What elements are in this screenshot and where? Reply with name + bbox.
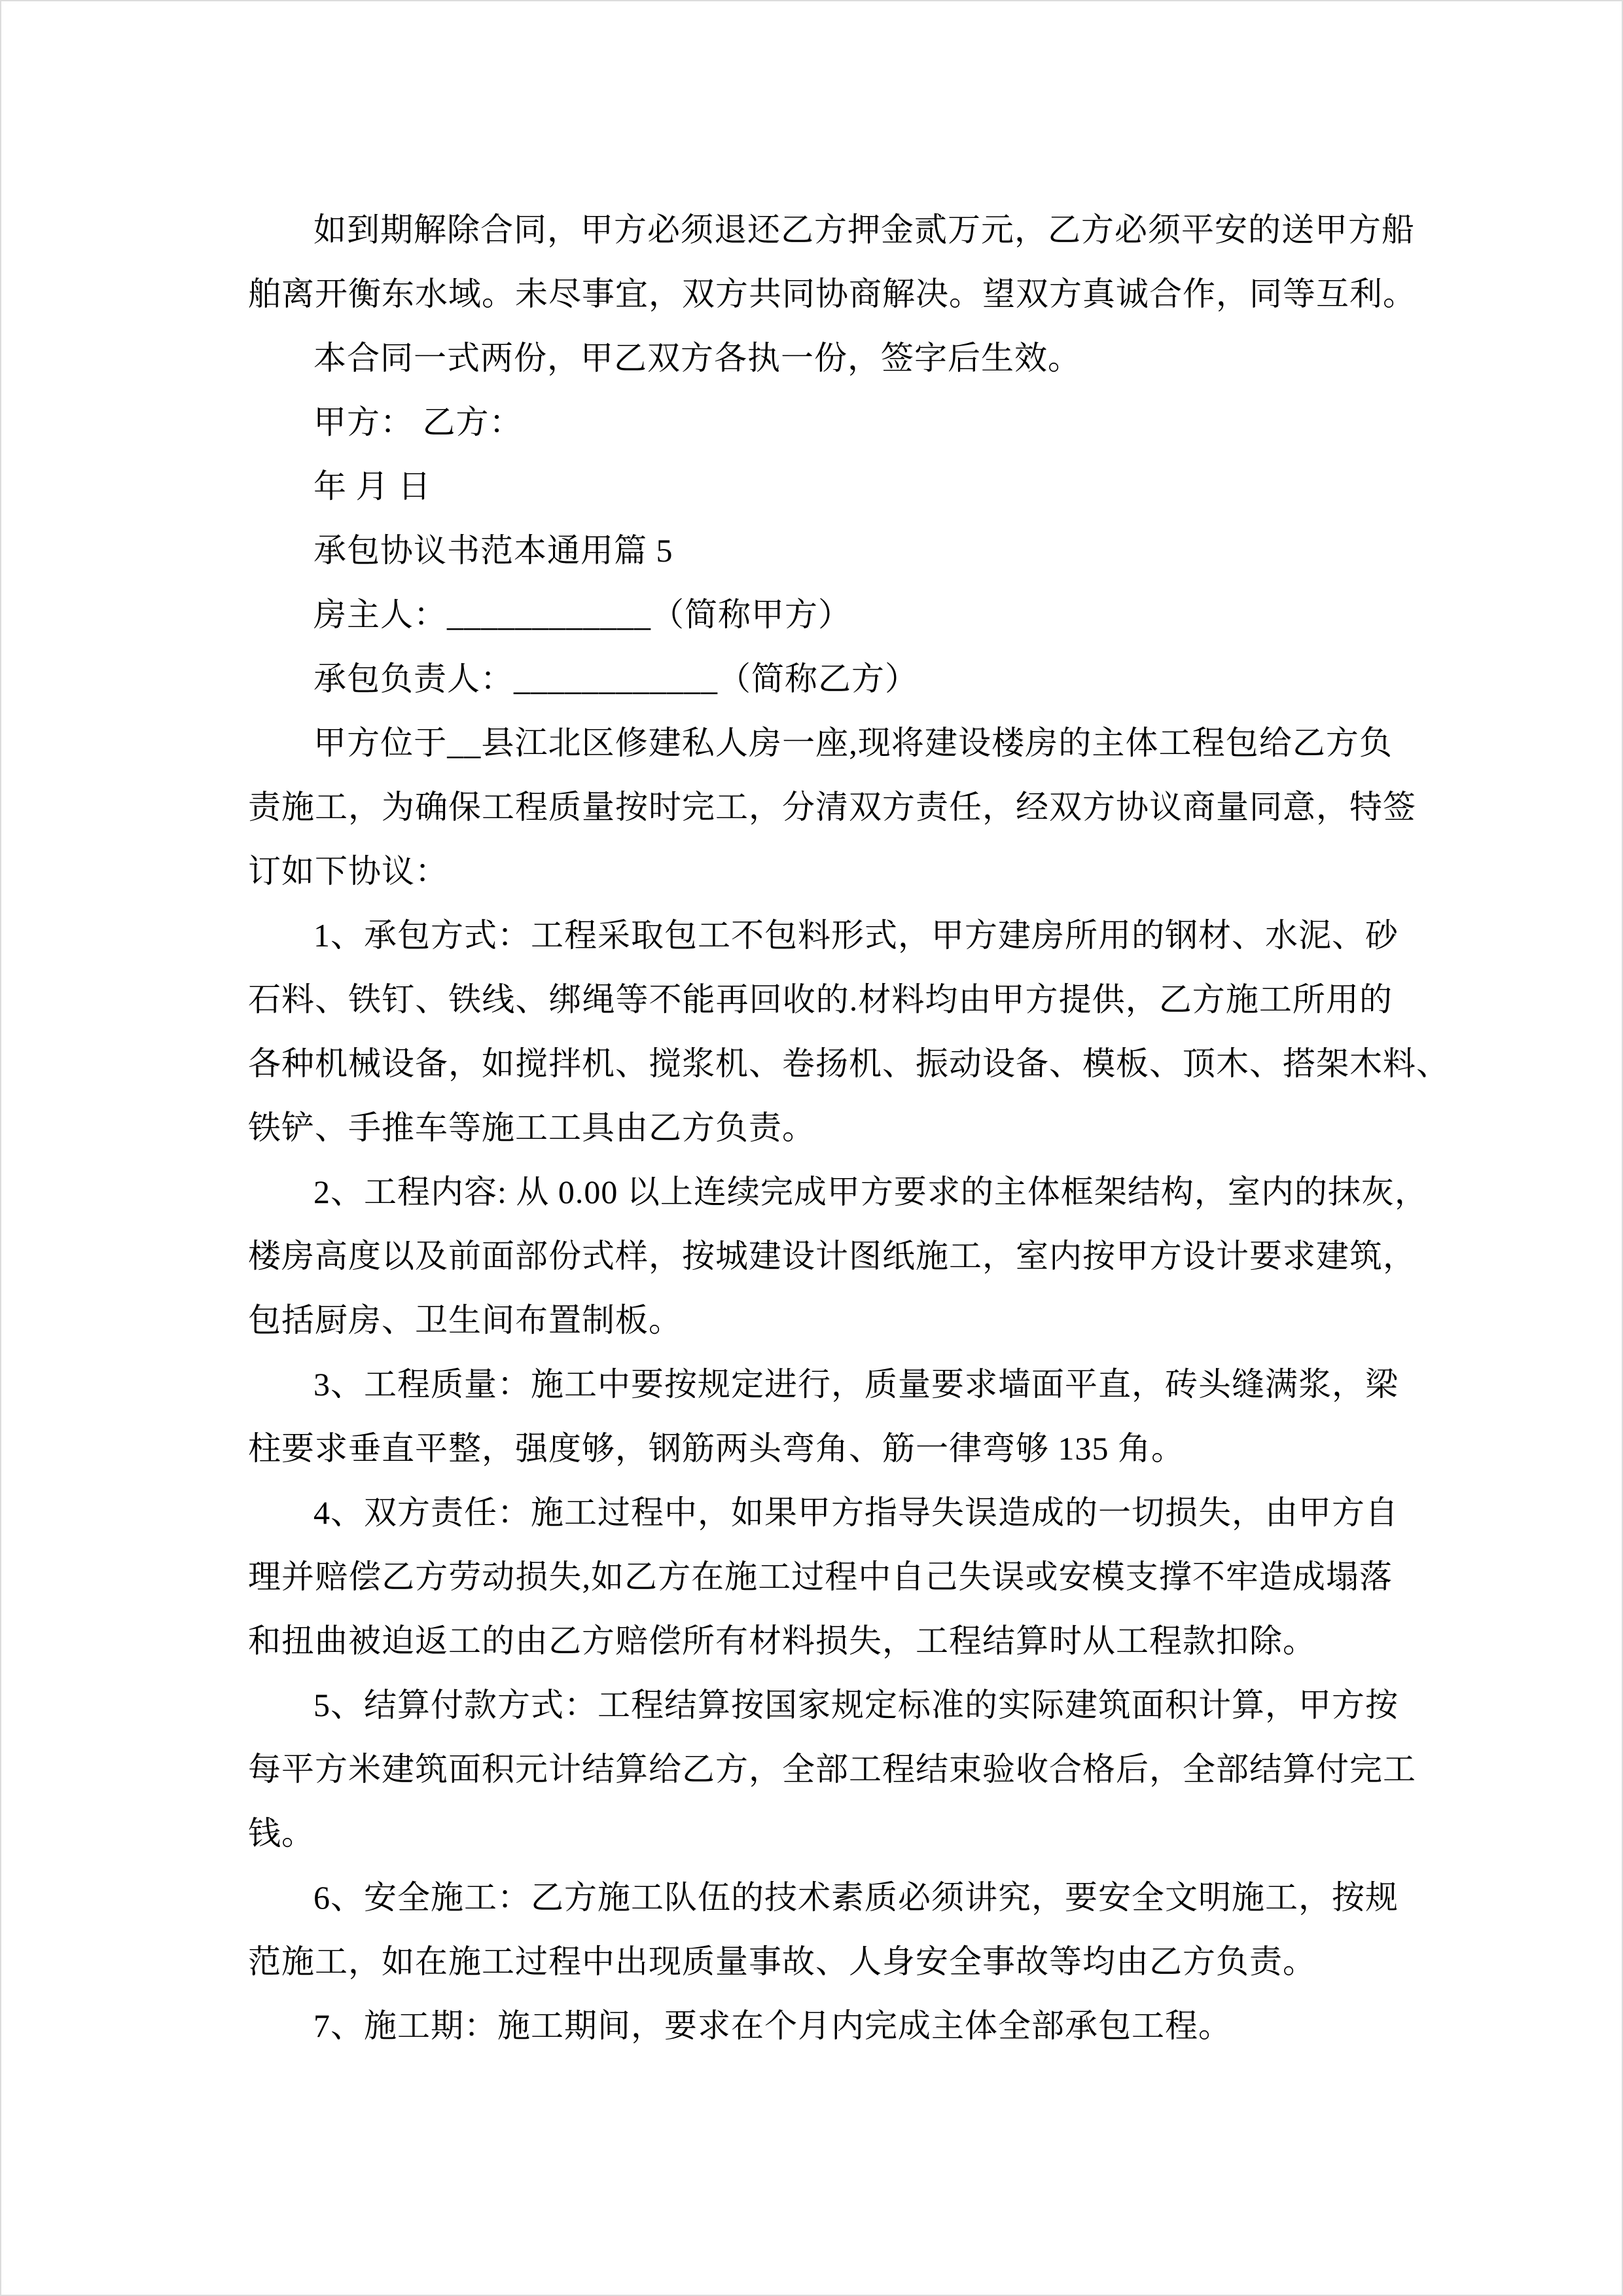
clause-5-line-1: 5、结算付款方式：工程结算按国家规定标准的实际建筑面积计算，甲方按 bbox=[248, 1673, 1393, 1737]
clause-1-line-1: 1、承包方式：工程采取包工不包料形式，甲方建房所用的钢材、水泥、砂 bbox=[248, 903, 1393, 967]
clause-1-line-3: 各种机械设备，如搅拌机、搅浆机、卷扬机、振动设备、模板、顶木、搭架木料、 bbox=[248, 1031, 1393, 1096]
paragraph-copies-line: 本合同一式两份，甲乙双方各执一份，签字后生效。 bbox=[248, 326, 1393, 390]
paragraph-deposit-line-2: 舶离开衡东水域。未尽事宜，双方共同协商解决。望双方真诚合作，同等互利。 bbox=[248, 262, 1393, 326]
clause-6-line-1: 6、安全施工：乙方施工队伍的技术素质必须讲究，要安全文明施工，按规 bbox=[248, 1865, 1393, 1929]
clause-1-line-4: 铁铲、手推车等施工工具由乙方负责。 bbox=[248, 1096, 1393, 1160]
clause-2-line-1: 2、工程内容: 从 0.00 以上连续完成甲方要求的主体框架结构，室内的抹灰， bbox=[248, 1160, 1393, 1224]
clause-4-line-3: 和扭曲被迫返工的由乙方赔偿所有材料损失，工程结算时从工程款扣除。 bbox=[248, 1609, 1393, 1673]
clause-3-line-1: 3、工程质量：施工中要按规定进行，质量要求墙面平直，砖头缝满浆，梁 bbox=[248, 1352, 1393, 1416]
clause-5-line-3: 钱。 bbox=[248, 1801, 1393, 1865]
contract-text-block: 如到期解除合同，甲方必须退还乙方押金贰万元，乙方必须平安的送甲方船舶离开衡东水域… bbox=[1, 1, 1622, 2058]
clause-5-line-2: 每平方米建筑面积元计结算给乙方，全部工程结束验收合格后，全部结算付完工 bbox=[248, 1737, 1393, 1801]
owner-blank-line: 房主人：____________（简称甲方） bbox=[248, 583, 1393, 647]
intro-line-1: 甲方位于__县江北区修建私人房一座,现将建设楼房的主体工程包给乙方负 bbox=[248, 711, 1393, 775]
intro-line-3: 订如下协议： bbox=[248, 839, 1393, 903]
clause-6-line-2: 范施工，如在施工过程中出现质量事故、人身安全事故等均由乙方负责。 bbox=[248, 1929, 1393, 1994]
section-heading: 承包协议书范本通用篇 5 bbox=[248, 518, 1393, 583]
clause-7-line-1: 7、施工期：施工期间，要求在个月内完成主体全部承包工程。 bbox=[248, 1994, 1393, 2058]
party-labels-line: 甲方： 乙方： bbox=[248, 390, 1393, 454]
clause-4-line-1: 4、双方责任：施工过程中，如果甲方指导失误造成的一切损失，由甲方自 bbox=[248, 1480, 1393, 1545]
clause-1-line-2: 石料、铁钉、铁线、绑绳等不能再回收的.材料均由甲方提供，乙方施工所用的 bbox=[248, 967, 1393, 1031]
document-page: 如到期解除合同，甲方必须退还乙方押金贰万元，乙方必须平安的送甲方船舶离开衡东水域… bbox=[0, 0, 1623, 2296]
intro-line-2: 责施工，为确保工程质量按时完工，分清双方责任，经双方协议商量同意，特签 bbox=[248, 775, 1393, 839]
clause-2-line-3: 包括厨房、卫生间布置制板。 bbox=[248, 1288, 1393, 1352]
clause-2-line-2: 楼房高度以及前面部份式样，按城建设计图纸施工，室内按甲方设计要求建筑， bbox=[248, 1224, 1393, 1288]
paragraph-deposit-line-1: 如到期解除合同，甲方必须退还乙方押金贰万元，乙方必须平安的送甲方船 bbox=[248, 198, 1393, 262]
clause-3-line-2: 柱要求垂直平整，强度够，钢筋两头弯角、筋一律弯够 135 角。 bbox=[248, 1416, 1393, 1480]
contractor-blank-line: 承包负责人：____________（简称乙方） bbox=[248, 647, 1393, 711]
clause-4-line-2: 理并赔偿乙方劳动损失,如乙方在施工过程中自己失误或安模支撑不牢造成塌落 bbox=[248, 1545, 1393, 1609]
date-line: 年 月 日 bbox=[248, 454, 1393, 518]
